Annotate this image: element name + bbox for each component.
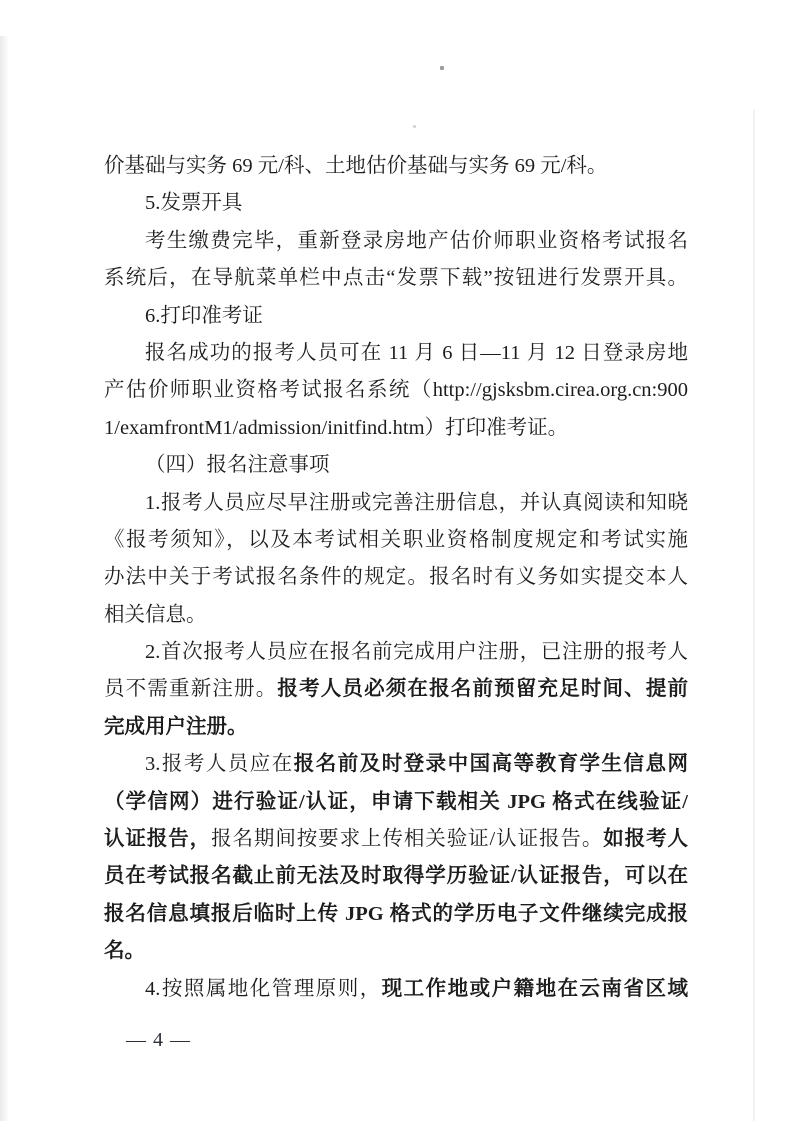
text-line: 1/examfrontM1/admission/initfind.htm）打印准… xyxy=(104,410,688,447)
text-line: 报名成功的报考人员可在 11 月 6 日—11 月 12 日登录房地 xyxy=(104,335,688,372)
text-line: 4.按照属地化管理原则，现工作地或户籍地在云南省区域 xyxy=(104,971,688,1008)
bold-text-segment: 现工作地或户籍地在云南省区域 xyxy=(382,978,688,1000)
text-line: 认证报告，报名期间按要求上传相关验证/认证报告。如报考人 xyxy=(104,821,688,858)
bold-text-segment: （学信网）进行验证/认证，申请下载相关 JPG 格式在线验证/ xyxy=(104,791,688,813)
text-line: 名。 xyxy=(104,933,688,970)
text-line: 相关信息。 xyxy=(104,597,688,634)
text-line: 1.报考人员应尽早注册或完善注册信息，并认真阅读和知晓 xyxy=(104,485,688,522)
bold-text-segment: 员在考试报名截止前无法及时取得学历验证/认证报告，可以在 xyxy=(104,865,688,887)
text-line: 员不需重新注册。报考人员必须在报名前预留充足时间、提前 xyxy=(104,671,688,708)
text-line: 考生缴费完毕，重新登录房地产估价师职业资格考试报名 xyxy=(104,223,688,260)
bold-text-segment: 报考人员必须在报名前预留充足时间、提前 xyxy=(277,678,688,700)
text-line: 员在考试报名截止前无法及时取得学历验证/认证报告，可以在 xyxy=(104,858,688,895)
text-segment: 员不需重新注册。 xyxy=(104,678,277,700)
document-body: 价基础与实务 69 元/科、土地估价基础与实务 69 元/科。5.发票开具考生缴… xyxy=(104,148,688,1008)
text-line: 价基础与实务 69 元/科、土地估价基础与实务 69 元/科。 xyxy=(104,148,688,185)
text-line: （学信网）进行验证/认证，申请下载相关 JPG 格式在线验证/ xyxy=(104,784,688,821)
text-line: 产估价师职业资格考试报名系统（http://gjsksbm.cirea.org.… xyxy=(104,372,688,409)
text-line: （四）报名注意事项 xyxy=(104,447,688,484)
text-line: 《报考须知》，以及本考试相关职业资格制度规定和考试实施 xyxy=(104,522,688,559)
text-segment: 报名期间按要求上传相关验证/认证报告。 xyxy=(211,828,603,850)
text-segment: 价基础与实务 69 元/科、土地估价基础与实务 69 元/科。 xyxy=(104,155,607,177)
text-segment: 3.报考人员应在 xyxy=(145,753,294,775)
page-number: — 4 — xyxy=(126,1029,191,1051)
text-line: 2.首次报考人员应在报名前完成用户注册，已注册的报考人 xyxy=(104,634,688,671)
text-line: 系统后，在导航菜单栏中点击“发票下载”按钮进行发票开具。 xyxy=(104,260,688,297)
bold-text-segment: 认证报告， xyxy=(104,828,211,850)
text-segment: 4.按照属地化管理原则， xyxy=(145,978,382,1000)
bold-text-segment: 报名信息填报后临时上传 JPG 格式的学历电子文件继续完成报 xyxy=(104,903,688,925)
document-page: 价基础与实务 69 元/科、土地估价基础与实务 69 元/科。5.发票开具考生缴… xyxy=(0,0,795,1121)
text-line: 6.打印准考证 xyxy=(104,298,688,335)
text-line: 报名信息填报后临时上传 JPG 格式的学历电子文件继续完成报 xyxy=(104,896,688,933)
text-segment: 1/examfrontM1/admission/initfind.htm）打印准… xyxy=(104,417,568,439)
scan-edge-shadow xyxy=(0,36,9,1121)
text-line: 5.发票开具 xyxy=(104,185,688,222)
text-line: 办法中关于考试报名条件的规定。报名时有义务如实提交本人 xyxy=(104,559,688,596)
text-line: 3.报考人员应在报名前及时登录中国高等教育学生信息网 xyxy=(104,746,688,783)
scan-artifact-dot xyxy=(440,66,444,70)
text-segment: 产估价师职业资格考试报名系统（http://gjsksbm.cirea.org.… xyxy=(104,379,688,401)
text-segment: （四）报名注意事项 xyxy=(145,454,330,476)
text-segment: 考生缴费完毕，重新登录房地产估价师职业资格考试报名 xyxy=(145,230,688,252)
text-segment: 《报考须知》，以及本考试相关职业资格制度规定和考试实施 xyxy=(104,529,688,551)
text-line: 完成用户注册。 xyxy=(104,709,688,746)
scan-artifact-dot xyxy=(413,125,416,128)
text-segment: 1.报考人员应尽早注册或完善注册信息，并认真阅读和知晓 xyxy=(145,492,688,514)
text-segment: 报名成功的报考人员可在 11 月 6 日—11 月 12 日登录房地 xyxy=(145,342,688,364)
scan-line-artifact xyxy=(753,110,755,1121)
text-segment: 2.首次报考人员应在报名前完成用户注册，已注册的报考人 xyxy=(145,641,688,663)
bold-text-segment: 如报考人 xyxy=(603,828,688,850)
text-segment: 办法中关于考试报名条件的规定。报名时有义务如实提交本人 xyxy=(104,566,688,588)
bold-text-segment: 名。 xyxy=(104,940,145,962)
text-segment: 相关信息。 xyxy=(104,604,207,626)
bold-text-segment: 完成用户注册。 xyxy=(104,716,248,738)
text-segment: 5.发票开具 xyxy=(145,192,242,214)
bold-text-segment: 报名前及时登录中国高等教育学生信息网 xyxy=(294,753,688,775)
text-segment: 系统后，在导航菜单栏中点击“发票下载”按钮进行发票开具。 xyxy=(104,267,688,289)
text-segment: 6.打印准考证 xyxy=(145,305,263,327)
